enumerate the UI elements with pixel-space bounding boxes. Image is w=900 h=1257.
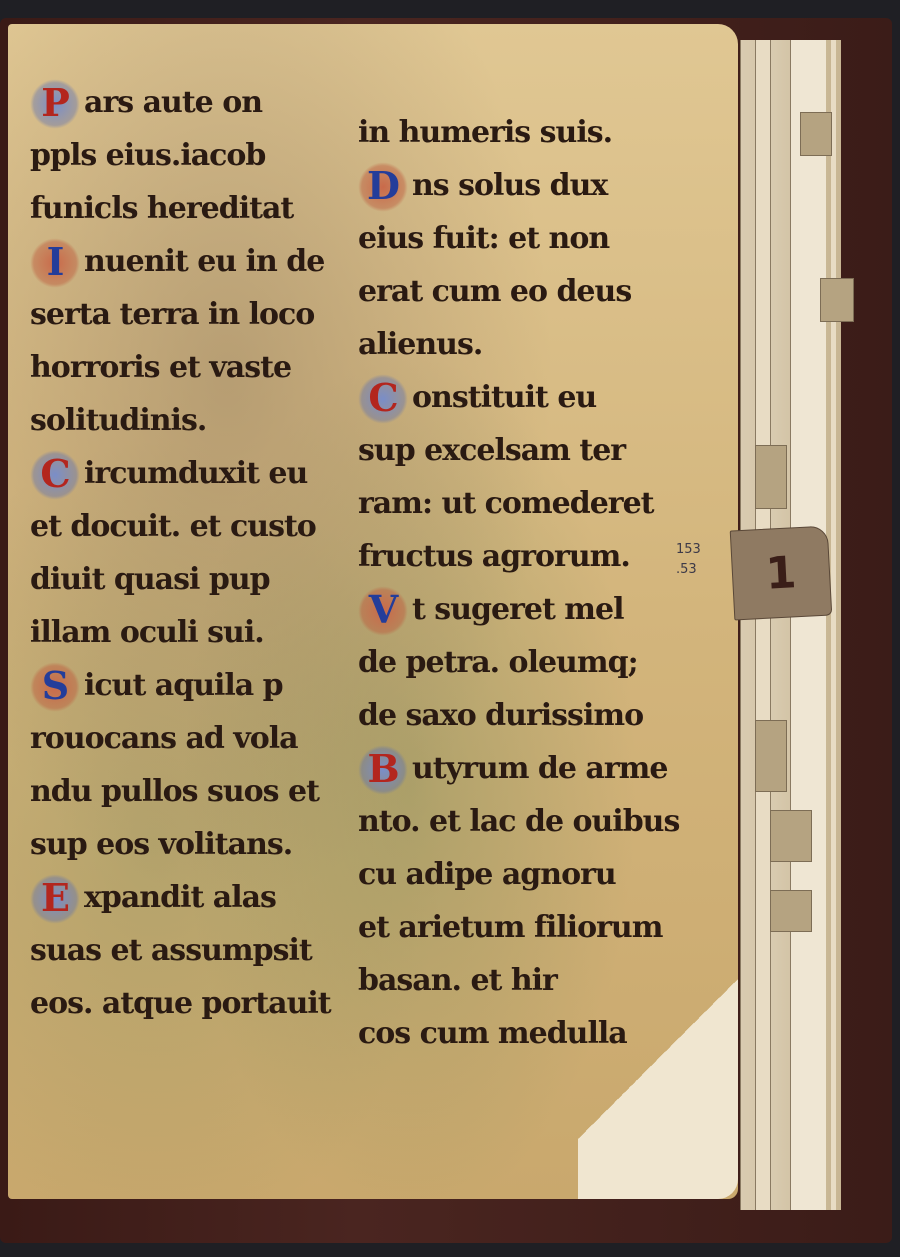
manuscript-line: de petra. oleumq; xyxy=(358,636,658,689)
manuscript-line: rouocans ad vola xyxy=(30,712,330,765)
manuscript-line-text: illam oculi sui. xyxy=(30,615,264,650)
manuscript-line-text: funicls hereditat xyxy=(30,191,293,226)
manuscript-line: Inuenit eu in de xyxy=(30,235,330,288)
manuscript-line-text: cos cum medulla xyxy=(358,1016,627,1051)
manuscript-line-text: de saxo durissimo xyxy=(358,698,643,733)
manuscript-line: illam oculi sui. xyxy=(30,606,330,659)
manuscript-line: sup excelsam ter xyxy=(358,424,658,477)
manuscript-page: Pars aute onppls eius.iacobfunicls hered… xyxy=(8,24,738,1199)
manuscript-line: erat cum eo deus xyxy=(358,265,658,318)
manuscript-line: funicls hereditat xyxy=(30,182,330,235)
manuscript-line-text: basan. et hir xyxy=(358,963,557,998)
manuscript-line-text: et docuit. et custo xyxy=(30,509,316,544)
page-tab[interactable] xyxy=(820,278,854,322)
manuscript-line-text: nto. et lac de ouibus xyxy=(358,804,679,839)
manuscript-line-text: suas et assumpsit xyxy=(30,933,312,968)
manuscript-line-text: diuit quasi pup xyxy=(30,562,270,597)
manuscript-line-text: sup eos volitans. xyxy=(30,827,292,862)
manuscript-line: Sicut aquila p xyxy=(30,659,330,712)
manuscript-line: et docuit. et custo xyxy=(30,500,330,553)
manuscript-line-text: eius fuit: et non xyxy=(358,221,609,256)
manuscript-line: diuit quasi pup xyxy=(30,553,330,606)
manuscript-line-text: alienus. xyxy=(358,327,482,362)
text-column-right: in humeris suis.Dns solus duxeius fuit: … xyxy=(358,106,658,1060)
illuminated-initial: P xyxy=(30,79,80,129)
manuscript-line-text: nuenit eu in de xyxy=(84,244,324,279)
illuminated-initial: C xyxy=(358,374,408,424)
folio-number: 153 .53 xyxy=(676,540,701,580)
illuminated-initial: I xyxy=(30,238,80,288)
manuscript-line: eos. atque portauit xyxy=(30,977,330,1030)
section-tab-marker[interactable]: 1 xyxy=(730,525,833,620)
manuscript-line: Constituit eu xyxy=(358,371,658,424)
manuscript-line: in humeris suis. xyxy=(358,106,658,159)
manuscript-line-text: fructus agrorum. xyxy=(358,539,630,574)
manuscript-line: et arietum filiorum xyxy=(358,901,658,954)
manuscript-line-text: onstituit eu xyxy=(412,380,596,415)
manuscript-line-text: rouocans ad vola xyxy=(30,721,298,756)
manuscript-line: ndu pullos suos et xyxy=(30,765,330,818)
manuscript-line: ppls eius.iacob xyxy=(30,129,330,182)
manuscript-line: cos cum medulla xyxy=(358,1007,658,1060)
manuscript-line: solitudinis. xyxy=(30,394,330,447)
manuscript-line-text: t sugeret mel xyxy=(412,592,624,627)
manuscript-line: Circumduxit eu xyxy=(30,447,330,500)
manuscript-line: suas et assumpsit xyxy=(30,924,330,977)
manuscript-line-text: xpandit alas xyxy=(84,880,276,915)
text-column-left: Pars aute onppls eius.iacobfunicls hered… xyxy=(30,76,330,1030)
illuminated-initial: D xyxy=(358,162,408,212)
manuscript-line-text: et arietum filiorum xyxy=(358,910,662,945)
page-tab[interactable] xyxy=(770,890,812,932)
page-tab[interactable] xyxy=(800,112,832,156)
page-tab[interactable] xyxy=(755,720,787,792)
manuscript-line-text: eos. atque portauit xyxy=(30,986,331,1021)
manuscript-line-text: de petra. oleumq; xyxy=(358,645,638,680)
manuscript-line: Dns solus dux xyxy=(358,159,658,212)
manuscript-line: fructus agrorum. xyxy=(358,530,658,583)
manuscript-line: eius fuit: et non xyxy=(358,212,658,265)
manuscript-line: de saxo durissimo xyxy=(358,689,658,742)
tab-marker-label: 1 xyxy=(764,547,797,600)
illuminated-initial: S xyxy=(30,662,80,712)
illuminated-initial: B xyxy=(358,745,408,795)
folio-number-line: .53 xyxy=(676,560,701,580)
manuscript-line-text: ndu pullos suos et xyxy=(30,774,319,809)
manuscript-line-text: solitudinis. xyxy=(30,403,206,438)
manuscript-line: ram: ut comederet xyxy=(358,477,658,530)
manuscript-line-text: ppls eius.iacob xyxy=(30,138,265,173)
page-leaf xyxy=(790,40,826,1210)
manuscript-line-text: utyrum de arme xyxy=(412,751,668,786)
manuscript-line-text: ram: ut comederet xyxy=(358,486,654,521)
manuscript-line: basan. et hir xyxy=(358,954,658,1007)
manuscript-line: Pars aute on xyxy=(30,76,330,129)
manuscript-line: alienus. xyxy=(358,318,658,371)
manuscript-line-text: ns solus dux xyxy=(412,168,607,203)
manuscript-line: Butyrum de arme xyxy=(358,742,658,795)
manuscript-line-text: ircumduxit eu xyxy=(84,456,307,491)
manuscript-line-text: serta terra in loco xyxy=(30,297,314,332)
manuscript-line-text: erat cum eo deus xyxy=(358,274,631,309)
manuscript-line-text: icut aquila p xyxy=(84,668,283,703)
page-tab[interactable] xyxy=(770,810,812,862)
folio-number-line: 153 xyxy=(676,540,701,560)
manuscript-line: cu adipe agnoru xyxy=(358,848,658,901)
page-tab[interactable] xyxy=(755,445,787,509)
manuscript-line: serta terra in loco xyxy=(30,288,330,341)
manuscript-line: Vt sugeret mel xyxy=(358,583,658,636)
manuscript-line: Expandit alas xyxy=(30,871,330,924)
manuscript-line-text: ars aute on xyxy=(84,85,262,120)
illuminated-initial: E xyxy=(30,874,80,924)
manuscript-line: sup eos volitans. xyxy=(30,818,330,871)
illuminated-initial: V xyxy=(358,586,408,636)
manuscript-line-text: sup excelsam ter xyxy=(358,433,625,468)
manuscript-line-text: cu adipe agnoru xyxy=(358,857,616,892)
manuscript-line: nto. et lac de ouibus xyxy=(358,795,658,848)
manuscript-line-text: in humeris suis. xyxy=(358,115,612,150)
manuscript-line-text: horroris et vaste xyxy=(30,350,291,385)
manuscript-line: horroris et vaste xyxy=(30,341,330,394)
illuminated-initial: C xyxy=(30,450,80,500)
